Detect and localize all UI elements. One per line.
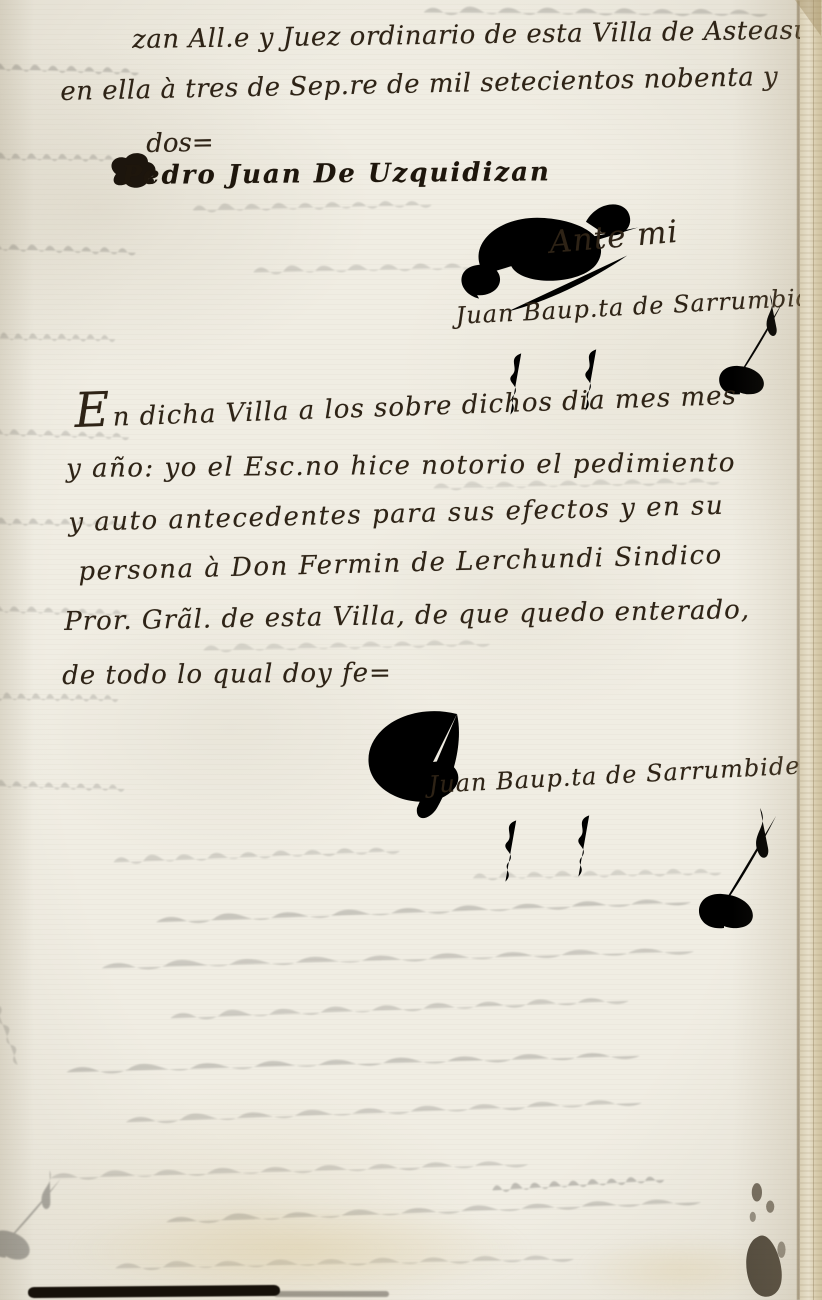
manuscript-page: zan All.e y Juez ordinario de esta Villa…: [0, 0, 822, 1300]
bleed-through-mark: [120, 1093, 660, 1130]
closing-line-1: zan All.e y Juez ordinario de esta Villa…: [132, 17, 811, 55]
diligencia-line-5: Pror. Grãl. de esta Villa, de que quedo …: [64, 596, 750, 637]
bleed-through-mark: [165, 991, 645, 1026]
diligencia-line-1: En dicha Villa a los sobre dichos dia me…: [74, 375, 737, 434]
diligencia-line-2: y año: yo el Esc.no hice notorio el pedi…: [66, 449, 736, 483]
page-right-shading: [732, 0, 798, 1300]
ink-smudge: [726, 1178, 798, 1300]
rubric-squiggle: [492, 815, 526, 887]
bleed-through-mark: [0, 880, 28, 1074]
rubric-squiggle: [565, 810, 599, 882]
bottom-ink-bar: [28, 1285, 280, 1298]
signature-pedro-juan-de-uzquidizan: Pedro Juan De Uzquidizan: [122, 158, 551, 190]
signature-initial-flourish: [345, 700, 495, 830]
page-corner-fold: [795, 0, 821, 36]
diligencia-line-4: persona à Don Fermin de Lerchundi Sindic…: [78, 541, 723, 586]
bleed-through-mark: [200, 635, 500, 658]
closing-line-2: en ella à tres de Sep.re de mil setecien…: [60, 63, 778, 107]
bleed-through-mark: [160, 1192, 720, 1230]
diligencia-line-6: de todo lo qual doy fe=: [62, 659, 392, 690]
bleed-through-mark: [150, 892, 710, 930]
bleed-through-mark: [490, 1171, 671, 1198]
bleed-through-mark: [0, 775, 130, 798]
bleed-through-mark: [110, 842, 410, 870]
signature-end-flourish: [672, 800, 787, 935]
bleed-through-mark: [190, 196, 440, 218]
bleed-through-mark: [60, 1046, 660, 1080]
bleed-through-mark: [0, 688, 123, 708]
bleed-through-mark: [0, 238, 142, 262]
bleed-through-flourish: [0, 1140, 74, 1284]
diligencia-line-3: y auto antecedentes para sus efectos y e…: [68, 492, 724, 538]
bottom-ink-bar-faint: [274, 1291, 389, 1297]
bleed-through-mark: [0, 328, 120, 348]
bleed-through-mark: [95, 942, 715, 976]
bleed-through-mark: [45, 1155, 545, 1186]
bleed-through-mark: [110, 1250, 590, 1276]
page-edge-strip: [800, 0, 822, 1300]
